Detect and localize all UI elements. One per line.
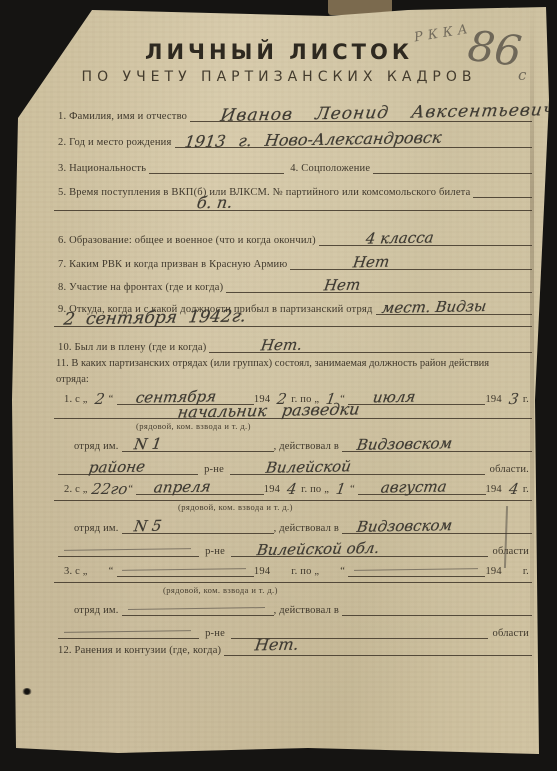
paper-hole [22, 688, 32, 695]
answer-line: Нет [290, 253, 532, 270]
acted-label: , действовал в [274, 523, 342, 534]
field-1-row: 1. Фамилия, имя и отчество Иванов Леонид… [58, 105, 532, 122]
field-7-row: 7. Каким РВК и когда призван в Красную А… [58, 253, 532, 270]
pencil-mark-vertical [504, 506, 508, 568]
field-5-answer-row: б. п. [54, 194, 532, 211]
rne-label: р-не [198, 464, 230, 475]
handwritten-oblast: Вилейской [264, 459, 351, 475]
acted-label: , действовал в [274, 605, 342, 616]
record-2-position-row [54, 484, 532, 501]
handwritten-unit: N 5 [133, 519, 163, 534]
record-2-unit-row: отряд им. N 5 , действовал в Видзовском [74, 517, 532, 534]
handwritten-name: Иванов Леонид Авксентьевич [219, 102, 555, 125]
record-2-district-row: р-не Вилейской обл. области [58, 540, 532, 557]
rne-label: р-не [199, 628, 231, 639]
handwritten-origin-date: 2 сентября 1942г. [62, 308, 246, 328]
field-6-label: 6. Образование: общее и военное (что и к… [58, 235, 319, 246]
answer-line: N 5 [122, 517, 274, 534]
field-2-label: 2. Год и место рождения [58, 137, 175, 148]
answer-line: Видзовском [342, 517, 532, 534]
answer-line [122, 599, 274, 616]
handwritten-position: начальник разведки [177, 401, 361, 420]
answer-line: Иванов Леонид Авксентьевич [190, 105, 532, 122]
field-2-row: 2. Год и место рождения 1913 г. Ново-Але… [58, 131, 532, 148]
field-6-row: 6. Образование: общее и военное (что и к… [58, 229, 532, 246]
handwritten-birth: 1913 г. Ново-Александровск [184, 130, 443, 150]
answer-line: районе [58, 458, 198, 475]
answer-line: Видзовском [342, 435, 532, 452]
answer-line [149, 157, 284, 174]
field-3-label: 3. Национальность [58, 163, 149, 174]
field-11-label: 11. В каких партизанских отрядах (или гр… [56, 356, 524, 389]
record-1-caption: (рядовой, ком. взвода и т. д.) [136, 421, 251, 431]
answer-line: N 1 [122, 435, 274, 452]
handwritten-district-name: Видзовском [356, 518, 453, 535]
handwritten-wounds: Нет. [254, 637, 300, 654]
field-8-label: 8. Участие на фронтах (где и когда) [58, 282, 226, 293]
answer-line: Вилейской обл. [231, 540, 488, 557]
unit-label: отряд им. [74, 523, 122, 534]
oblast-label: области [488, 546, 533, 557]
pencil-strike [64, 548, 191, 551]
paper-hole [20, 86, 33, 95]
field-10-row: 10. Был ли в плену (где и когда) Нет. [58, 336, 532, 353]
form-paper: РККА РККА 86 с ЛИЧНЫЙ ЛИСТОК ПО УЧЕТУ ПА… [8, 4, 550, 758]
answer-line [54, 566, 532, 583]
record-3-caption: (рядовой, ком. взвода и т. д.) [163, 585, 278, 595]
pencil-strike [128, 607, 265, 610]
pencil-strike [64, 630, 191, 633]
rne-label: р-не [199, 546, 231, 557]
field-7-label: 7. Каким РВК и когда призван в Красную А… [58, 259, 290, 270]
answer-line [373, 157, 532, 174]
field-8-row: 8. Участие на фронтах (где и когда) Нет [58, 276, 532, 293]
handwritten-rayon: районе [88, 460, 146, 476]
answer-line: Нет [226, 276, 532, 293]
handwritten-fronts: Нет [323, 278, 361, 294]
handwritten-captivity: Нет. [260, 338, 303, 354]
field-1-label: 1. Фамилия, имя и отчество [58, 111, 190, 122]
oblast-label: области [488, 628, 533, 639]
unit-label: отряд им. [74, 605, 122, 616]
form-title: ЛИЧНЫЙ ЛИСТОК [8, 40, 550, 64]
answer-line: Нет. [209, 336, 532, 353]
handwritten-unit: N 1 [133, 437, 163, 452]
answer-line [58, 540, 199, 557]
oblast-label: области. [485, 464, 532, 475]
handwritten-party: б. п. [196, 195, 234, 212]
field-4-label: 4. Соцположение [284, 163, 373, 174]
field-3-4-row: 3. Национальность 4. Соцположение [58, 157, 532, 174]
answer-line: Нет. [224, 639, 532, 656]
answer-line [58, 622, 199, 639]
answer-line: 1913 г. Ново-Александровск [175, 131, 532, 148]
form-subtitle: ПО УЧЕТУ ПАРТИЗАНСКИХ КАДРОВ [8, 69, 550, 85]
handwritten-district-name: Видзовском [356, 436, 453, 453]
record-2-caption: (рядовой, ком. взвода и т. д.) [178, 502, 293, 512]
scanned-document: РККА РККА 86 с ЛИЧНЫЙ ЛИСТОК ПО УЧЕТУ ПА… [0, 0, 557, 771]
answer-line [54, 484, 532, 501]
record-1-position-row: начальник разведки [54, 402, 532, 419]
field-9-answer-row: 2 сентября 1942г. [54, 310, 532, 327]
field-12-label: 12. Ранения и контузии (где, когда) [58, 645, 224, 656]
record-1-district-row: районе р-не Вилейской области. [58, 458, 532, 475]
handwritten-education: 4 класса [365, 230, 435, 246]
answer-line: 2 сентября 1942г. [54, 310, 532, 327]
record-3-position-row [54, 566, 532, 583]
acted-label: , действовал в [274, 441, 342, 452]
field-12-row: 12. Ранения и контузии (где, когда) Нет. [58, 639, 532, 656]
answer-line: 4 класса [319, 229, 532, 246]
handwritten-oblast: Вилейской обл. [255, 541, 380, 558]
handwritten-rvk: Нет [352, 255, 390, 271]
answer-line: б. п. [54, 194, 532, 211]
answer-line: начальник разведки [54, 402, 532, 419]
field-10-label: 10. Был ли в плену (где и когда) [58, 342, 209, 353]
record-1-unit-row: отряд им. N 1 , действовал в Видзовском [74, 435, 532, 452]
unit-label: отряд им. [74, 441, 122, 452]
record-3-unit-row: отряд им. , действовал в [74, 599, 532, 616]
answer-line: Вилейской [230, 458, 485, 475]
answer-line [342, 599, 532, 616]
